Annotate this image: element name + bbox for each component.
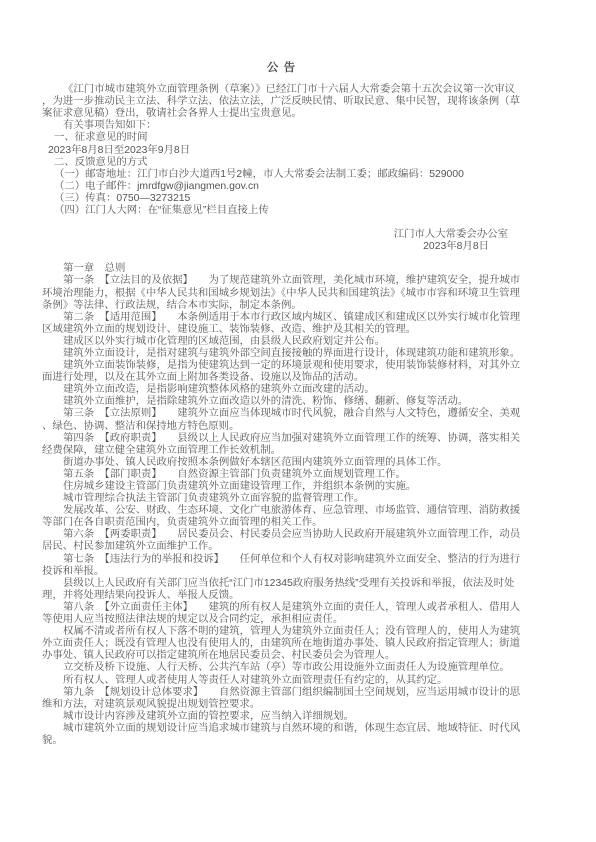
article-paragraph: 第七条 【违法行为的举报和投诉】 任何单位和个人有权对影响建筑外立面安全、整洁的… [42,554,521,578]
signature: 江门市人大常委会办公室 [42,229,521,241]
regulation-body: 第一章 总则 第一条 【立法目的及依据】 为了规范建筑外立面管理，美化城市环境，… [42,263,521,747]
page-title: 公 告 [42,62,521,74]
article-paragraph: 建筑外立面改造，是指影响建筑整体风格的建筑外立面改建的活动。 [42,384,521,396]
document-page: 公 告 《江门市城市建筑外立面管理条例（草案）》已经江门市十六届人大常委会第十五… [0,0,596,842]
article-paragraph: 县级以上人民政府有关部门应当依托“江门市12345政府服务热线”受理有关投诉和举… [42,578,521,602]
notice-item: （二）电子邮件：jmrdfgw@jiangmen.gov.cn [42,181,521,193]
article-paragraph: 城市设计内容涉及建筑外立面的管控要求，应当纳入详细规划。 [42,711,521,723]
article-paragraph: 所有权人、管理人或者使用人等责任人对建筑外立面管理责任有约定的，从其约定。 [42,675,521,687]
notice-item: 一、征求意见的时间 [42,132,521,144]
article-paragraph: 第二条 【适用范围】 本条例适用于本市行政区域内城区、镇建成区和建成区以外实行城… [42,312,521,336]
notice-section: 《江门市城市建筑外立面管理条例（草案）》已经江门市十六届人大常委会第十五次会议第… [42,84,521,253]
article-paragraph: 第一条 【立法目的及依据】 为了规范建筑外立面管理，美化城市环境，维护建筑安全，… [42,275,521,311]
notice-item: 有关事项告知如下： [42,120,521,132]
article-paragraph: 立交桥及桥下设施、人行天桥、公共汽车站（亭）等市政公用设施外立面责任人为设施管理… [42,662,521,674]
article-paragraph: 住房城乡建设主管部门负责建筑外立面建设管理工作，并组织本条例的实施。 [42,481,521,493]
chapter-heading: 第一章 总则 [42,263,521,275]
signature-block: 江门市人大常委会办公室 2023年8月8日 [42,229,521,253]
notice-item: （四）江门人大网：在“征集意见”栏目直接上传 [42,205,521,217]
article-paragraph: 建筑外立面维护，是指除建筑外立面改造以外的清洗、粉饰、修缮、翻新、修复等活动。 [42,396,521,408]
article-paragraph: 第九条 【规划设计总体要求】 自然资源主管部门组织编制国土空间规划，应当运用城市… [42,687,521,711]
article-paragraph: 建筑外立面设计，是指对建筑与建筑外部空间直接接触的界面进行设计，体现建筑功能和建… [42,348,521,360]
article-paragraphs: 第一条 【立法目的及依据】 为了规范建筑外立面管理，美化城市环境，维护建筑安全，… [42,275,521,747]
article-paragraph: 街道办事处、镇人民政府按照本条例做好本辖区范围内建筑外立面管理的具体工作。 [42,457,521,469]
article-paragraph: 建成区以外实行城市化管理的区域范围，由县级人民政府划定并公布。 [42,336,521,348]
article-paragraph: 第三条 【立法原则】 建筑外立面应当体现城市时代风貌，融合自然与人文特色，遵循安… [42,408,521,432]
article-paragraph: 权属不清或者所有权人下落不明的建筑，管理人为建筑外立面责任人；没有管理人的，使用… [42,626,521,662]
notice-item: （三）传真：0750—3273215 [42,193,521,205]
article-paragraph: 第八条 【外立面责任主体】 建筑的所有权人是建筑外立面的责任人，管理人或者承租人… [42,602,521,626]
notice-item: （一）邮寄地址：江门市白沙大道西1号2幢，市人大常委会法制工委；邮政编码：529… [42,169,521,181]
notice-intro: 《江门市城市建筑外立面管理条例（草案）》已经江门市十六届人大常委会第十五次会议第… [42,84,521,120]
article-paragraph: 城市建筑外立面的规划设计应当追求城市建筑与自然环境的和谐，体现生态宜居、地域特征… [42,723,521,747]
article-paragraph: 发展改革、公安、财政、生态环境、文化广电旅游体育、应急管理、市场监管、通信管理、… [42,505,521,529]
article-paragraph: 第五条 【部门职责】 自然资源主管部门负责建筑外立面规划管理工作。 [42,469,521,481]
notice-items: 有关事项告知如下：一、征求意见的时间2023年8月8日至2023年9月8日二、反… [42,120,521,217]
article-paragraph: 第六条 【两委职责】 居民委员会、村民委员会应当协助人民政府开展建筑外立面管理工… [42,529,521,553]
article-paragraph: 建筑外立面装饰装修，是指为使建筑达到一定的环境景观和使用要求，使用装饰装修材料，… [42,360,521,384]
article-paragraph: 第四条 【政府职责】 县级以上人民政府应当加强对建筑外立面管理工作的统筹、协调，… [42,433,521,457]
notice-item: 2023年8月8日至2023年9月8日 [42,145,521,157]
article-paragraph: 城市管理综合执法主管部门负责建筑外立面容貌的监督管理工作。 [42,493,521,505]
notice-item: 二、反馈意见的方式 [42,157,521,169]
signature-date: 2023年8月8日 [42,241,521,253]
